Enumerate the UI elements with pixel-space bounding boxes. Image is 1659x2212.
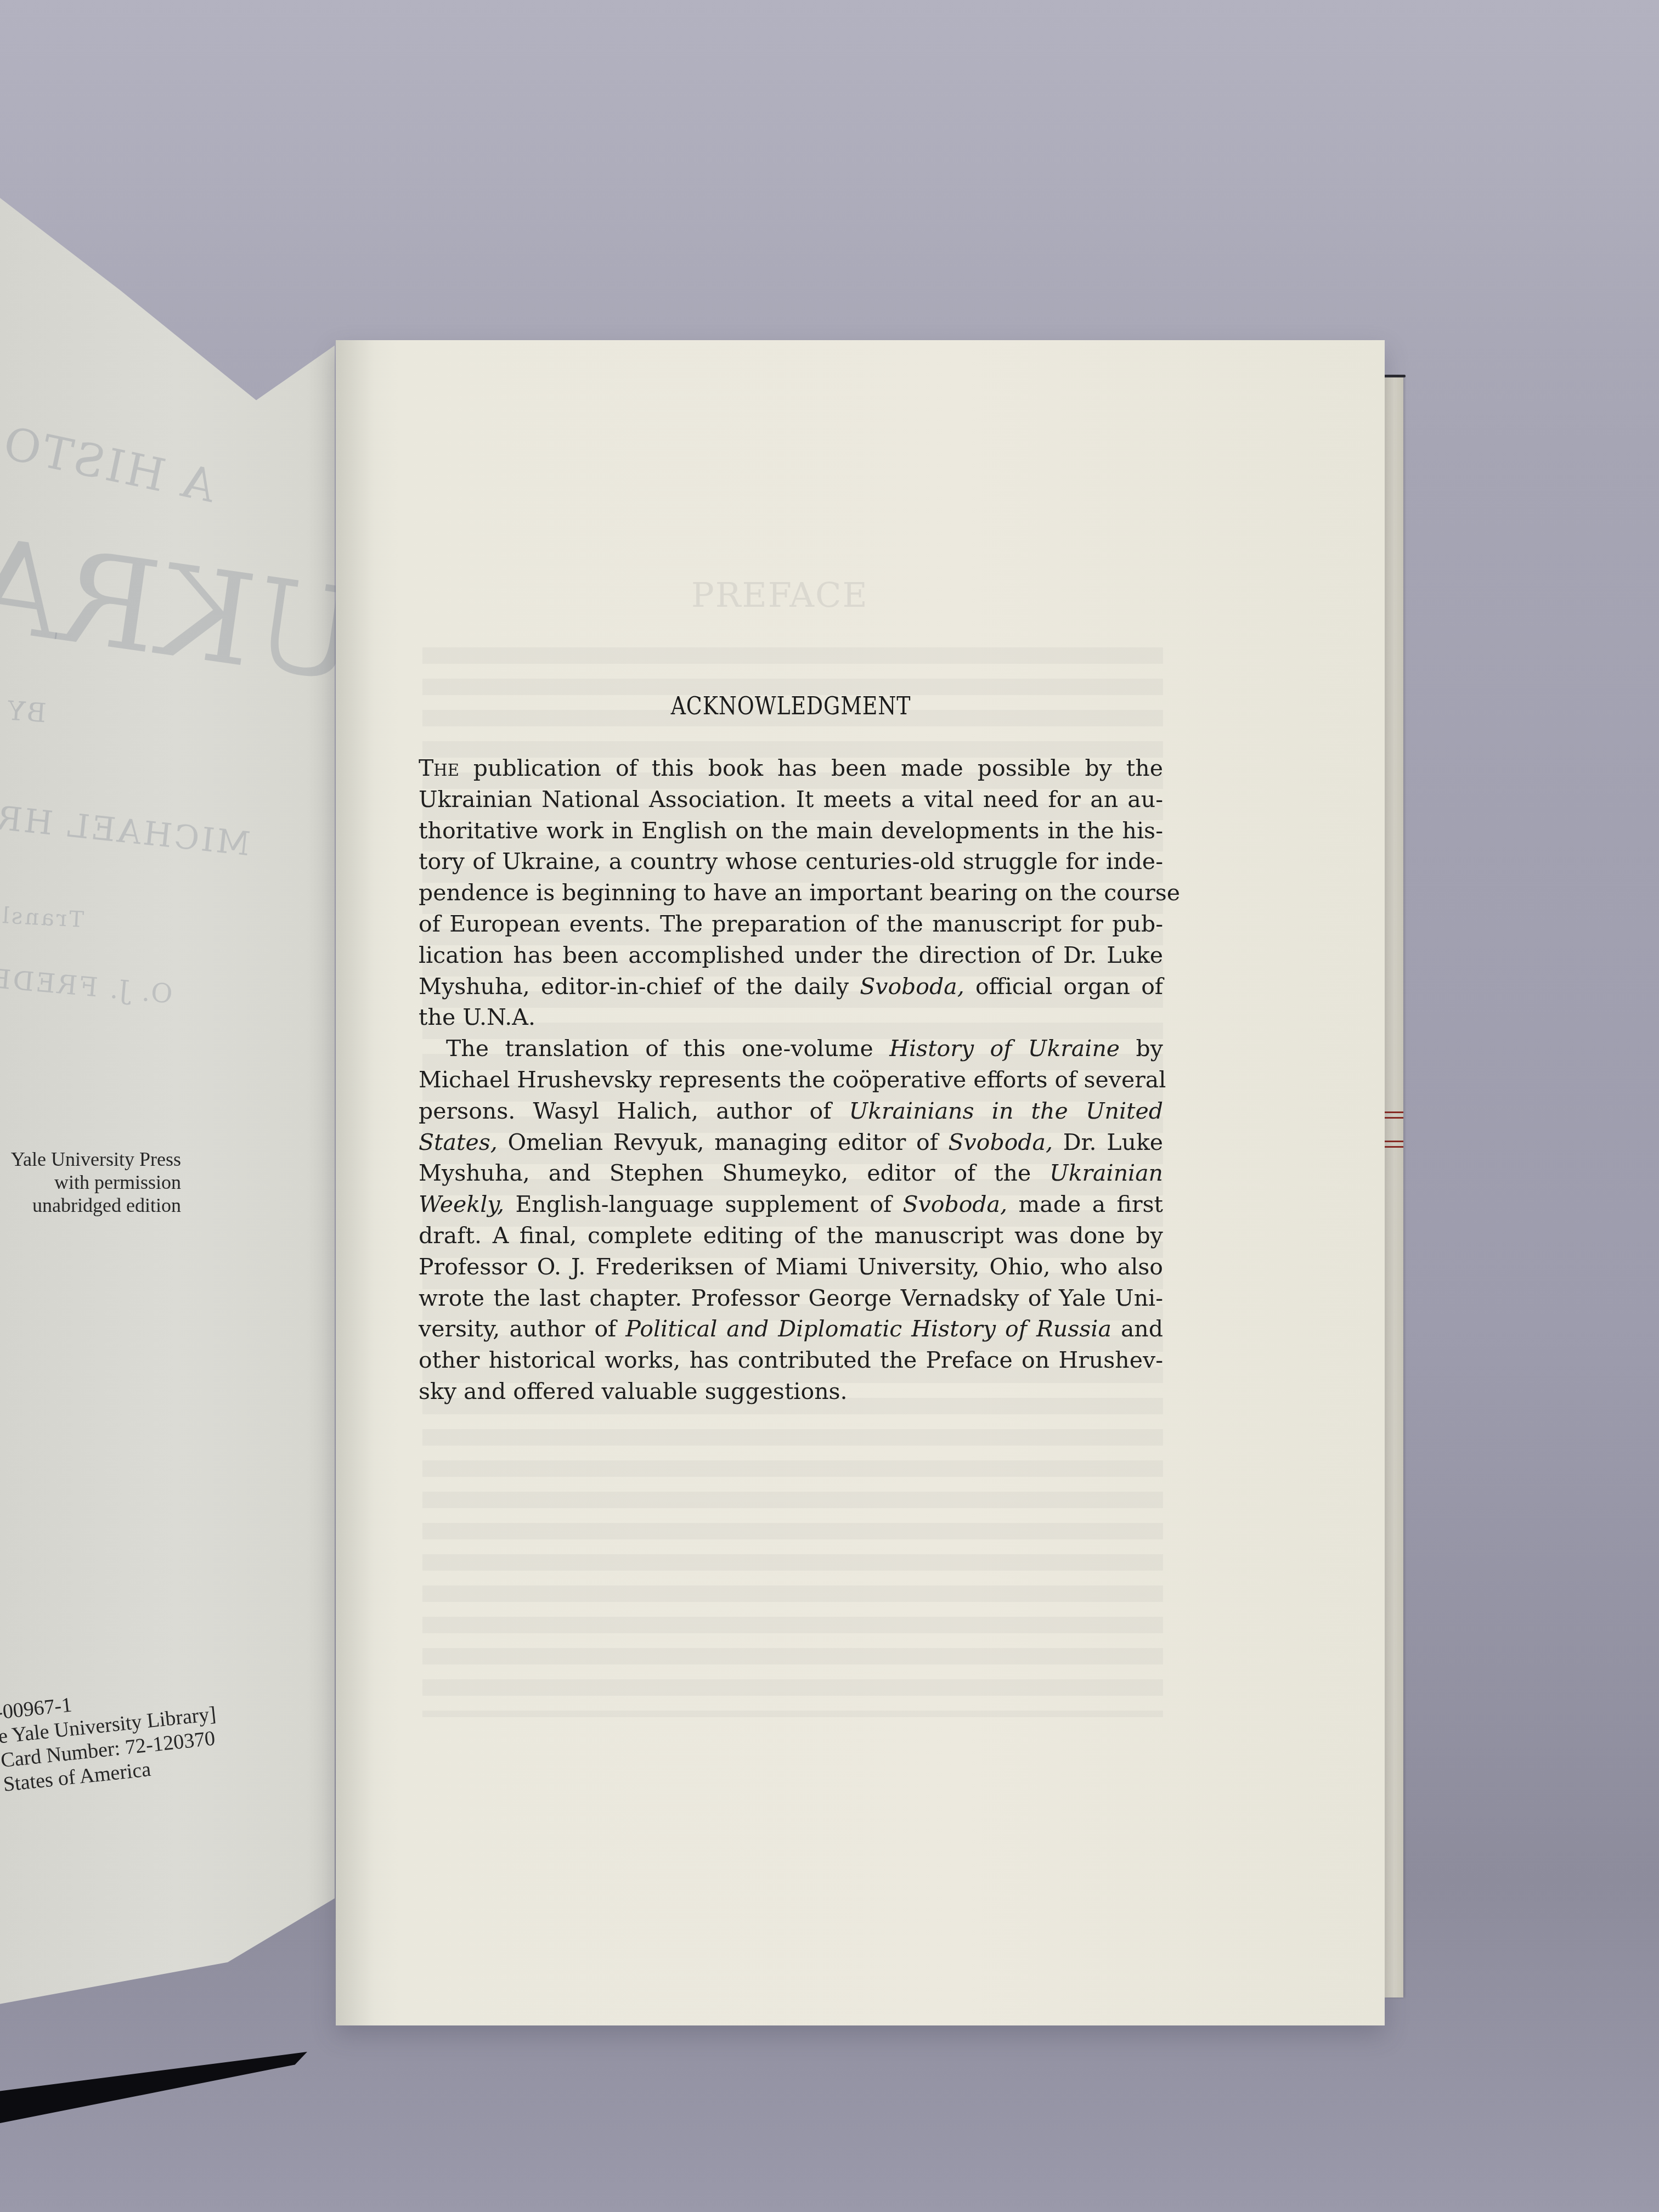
- book-cover-edge: [0, 2052, 307, 2123]
- show-through-preface-heading: PREFACE: [691, 575, 868, 615]
- text-run: Professor O. J. Frederiksen of Miami Uni…: [419, 1254, 1163, 1280]
- text-run: thoritative work in English on the main …: [419, 817, 1163, 844]
- text-line: versity, author of Political and Diploma…: [419, 1313, 1163, 1345]
- imprint-line: Yale University Press: [0, 1148, 181, 1171]
- text-line: lication has been accomplished under the…: [419, 940, 1163, 971]
- text-run: Michael Hrushevsky represents the coöper…: [419, 1066, 1166, 1093]
- text-run: by: [1120, 1035, 1163, 1062]
- page-title: ACKNOWLEDGMENT: [471, 692, 1111, 720]
- text-run: The translation of this one-volume: [446, 1035, 889, 1062]
- text-run: publication of this book has been made p…: [459, 755, 1163, 781]
- text-run: sky and offered valuable suggestions.: [419, 1378, 848, 1404]
- text-line: draft. A final, complete editing of the …: [419, 1220, 1163, 1251]
- text-run: draft. A final, complete editing of the …: [419, 1222, 1163, 1249]
- text-line: The publication of this book has been ma…: [419, 753, 1163, 784]
- text-run: Myshuha, editor-in-chief of the daily: [419, 973, 860, 1000]
- text-run: Omelian Revyuk, managing editor of: [498, 1129, 949, 1155]
- edge-rule: [1385, 1117, 1403, 1119]
- text-run: Myshuha, and Stephen Shumeyko, editor of…: [419, 1160, 1049, 1186]
- text-line: persons. Wasyl Halich, author of Ukraini…: [419, 1096, 1163, 1127]
- text-line: sky and offered valuable suggestions.: [419, 1376, 1163, 1407]
- italic-title: Svoboda,: [860, 973, 964, 1000]
- gutter-shadow: [336, 340, 374, 2025]
- text-run: and: [1111, 1316, 1163, 1342]
- text-line: tory of Ukraine, a country whose centuri…: [419, 846, 1163, 877]
- italic-title: Svoboda,: [948, 1129, 1053, 1155]
- italic-title: Political and Diplomatic History of Russ…: [625, 1316, 1111, 1342]
- text-line: thoritative work in English on the main …: [419, 815, 1163, 847]
- text-line: Ukrainian National Association. It meets…: [419, 784, 1163, 815]
- text-run: English-language supplement of: [504, 1191, 902, 1217]
- text-run: lication has been accomplished under the…: [419, 942, 1163, 968]
- text-run: Ukrainian National Association. It meets…: [419, 786, 1163, 812]
- text-run: versity, author of: [419, 1316, 625, 1342]
- text-line: other historical works, has contributed …: [419, 1345, 1163, 1376]
- italic-title: Ukrainian: [1049, 1160, 1163, 1186]
- edge-rule: [1385, 1146, 1403, 1148]
- italic-title: States,: [419, 1129, 498, 1155]
- imprint-line: unabridged edition: [0, 1194, 181, 1217]
- text-run: made a first: [1007, 1191, 1163, 1217]
- text-line: Michael Hrushevsky represents the coöper…: [419, 1064, 1163, 1096]
- text-run: of European events. The preparation of t…: [419, 911, 1163, 937]
- text-line: of European events. The preparation of t…: [419, 909, 1163, 940]
- text-line: wrote the last chapter. Professor George…: [419, 1283, 1163, 1314]
- text-line: States, Omelian Revyuk, managing editor …: [419, 1127, 1163, 1158]
- edge-rule: [1385, 1141, 1403, 1142]
- text-line: Professor O. J. Frederiksen of Miami Uni…: [419, 1251, 1163, 1283]
- text-run: persons. Wasyl Halich, author of: [419, 1098, 849, 1124]
- left-imprint-block: Yale University Press with permission un…: [0, 1148, 181, 1217]
- show-through-line-a: Transl: [0, 903, 84, 933]
- text-run: pendence is beginning to have an importa…: [419, 879, 1180, 906]
- text-run: official organ of: [964, 973, 1163, 1000]
- text-run: the U.N.A.: [419, 1004, 535, 1030]
- text-run: The: [419, 755, 459, 781]
- italic-title: Weekly,: [419, 1191, 504, 1217]
- cover-edge-top: [1384, 375, 1406, 377]
- text-line: The translation of this one-volume Histo…: [419, 1033, 1163, 1064]
- italic-title: History of Ukraine: [889, 1035, 1120, 1062]
- text-line: pendence is beginning to have an importa…: [419, 877, 1163, 909]
- italic-title: Ukrainians in the United: [849, 1098, 1163, 1124]
- edge-rule: [1385, 1111, 1403, 1113]
- italic-title: Svoboda,: [902, 1191, 1007, 1217]
- text-run: other historical works, has contributed …: [419, 1347, 1163, 1373]
- show-through-by: BY: [4, 695, 47, 729]
- text-run: Dr. Luke: [1053, 1129, 1163, 1155]
- text-line: Myshuha, and Stephen Shumeyko, editor of…: [419, 1158, 1163, 1189]
- text-run: wrote the last chapter. Professor George…: [419, 1285, 1163, 1311]
- page-block-edge: [1385, 376, 1403, 1997]
- text-line: the U.N.A.: [419, 1002, 1163, 1033]
- photo-scene: A HISTO UKRA BY MICHAEL HR Transl O. J. …: [0, 0, 1659, 2212]
- text-line: Weekly, English-language supplement of S…: [419, 1189, 1163, 1220]
- text-run: tory of Ukraine, a country whose centuri…: [419, 848, 1163, 874]
- text-line: Myshuha, editor-in-chief of the daily Sv…: [419, 971, 1163, 1002]
- imprint-line: with permission: [0, 1171, 181, 1194]
- acknowledgment-body: The publication of this book has been ma…: [419, 753, 1163, 1407]
